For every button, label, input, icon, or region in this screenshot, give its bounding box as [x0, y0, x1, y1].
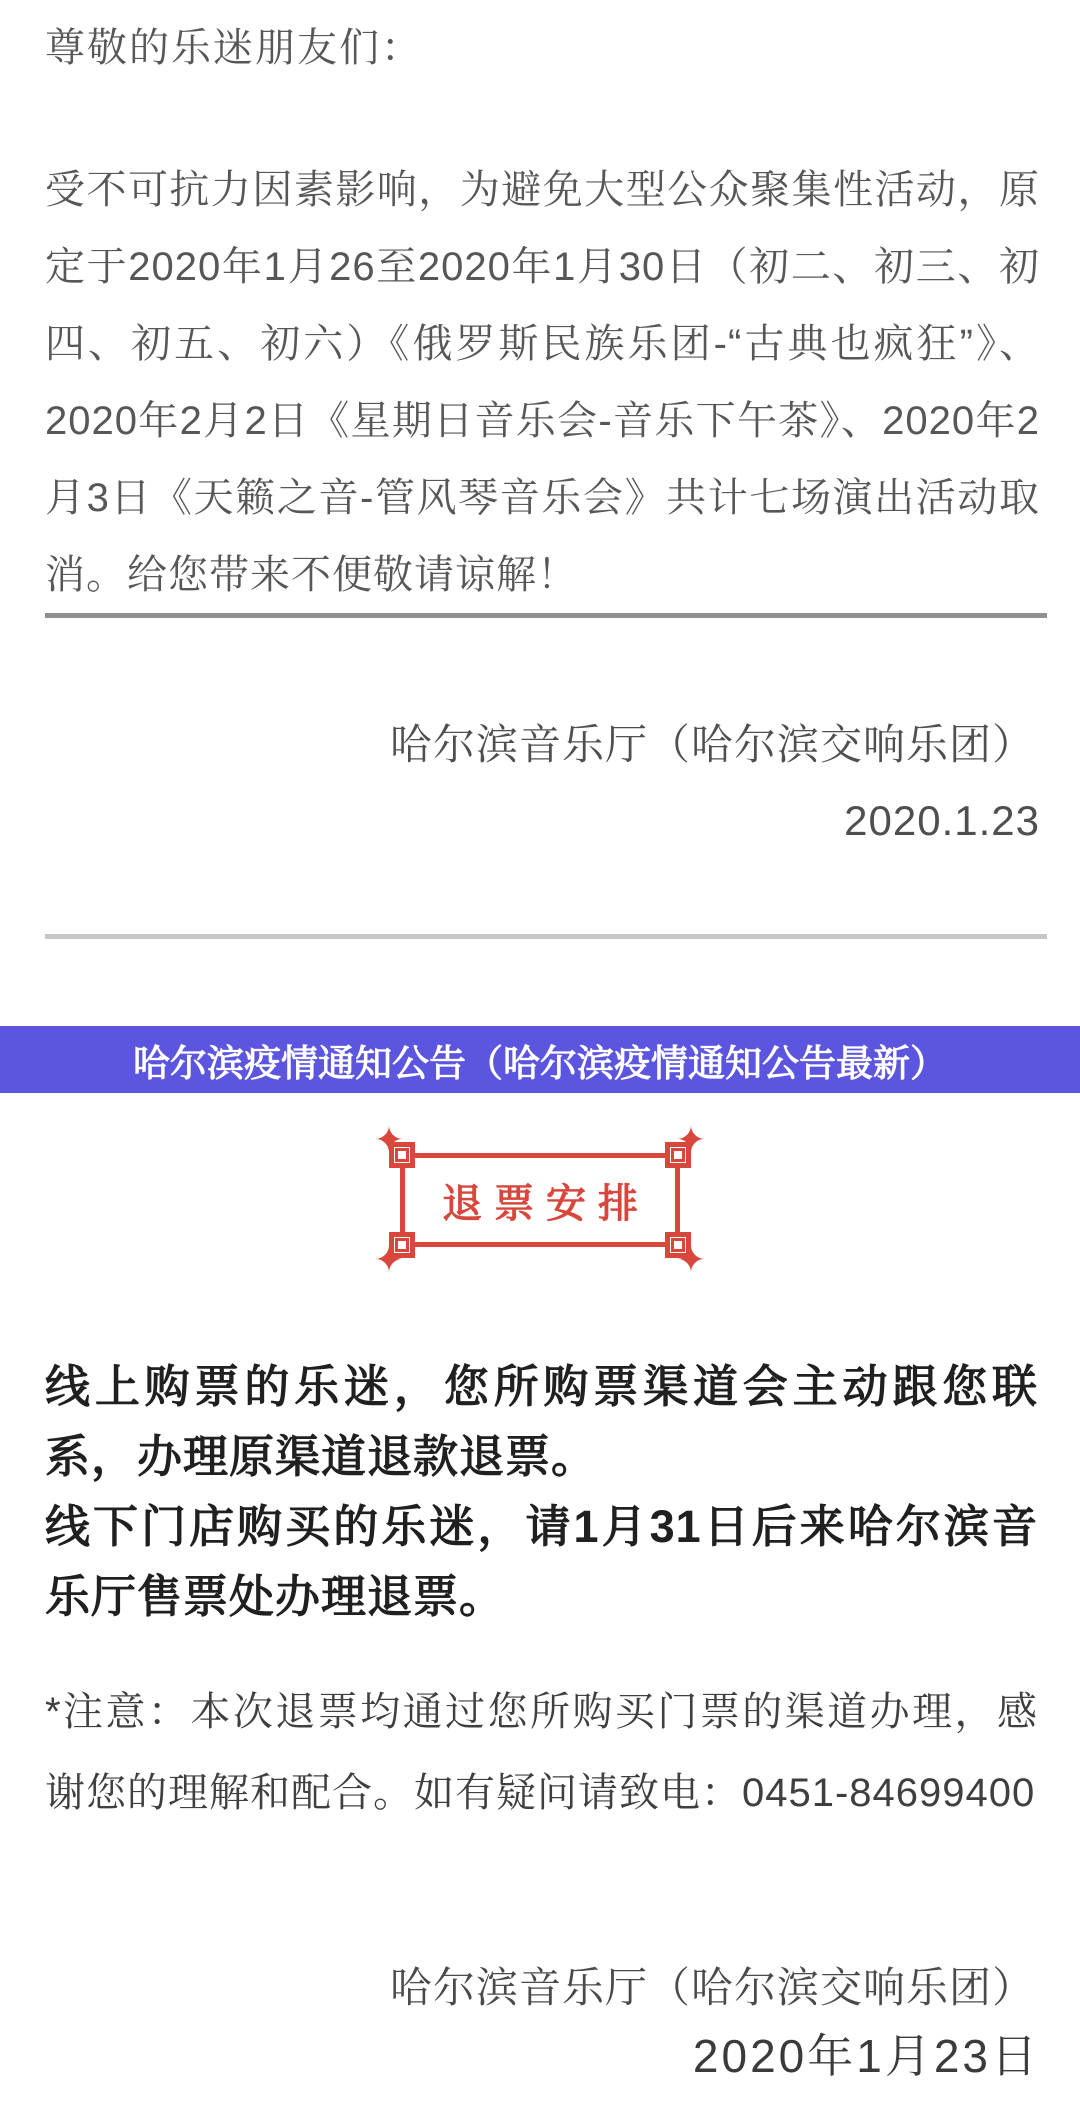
refund-note: *注意：本次退票均通过您所购买门票的渠道办理，感谢您的理解和配合。如有疑问请致电… [45, 1672, 1038, 1834]
greeting-text: 尊敬的乐迷朋友们： [45, 16, 1038, 73]
cancellation-paragraph: 受不可抗力因素影响，为避免大型公众聚集性活动，原定于2020年1月26至2020… [45, 152, 1040, 614]
refund-online-text: 线上购票的乐迷，您所购票渠道会主动跟您联系，办理原渠道退款退票。 [45, 1352, 1038, 1492]
notice-date: 2020.1.23 [844, 797, 1040, 845]
stamp-corner-ornament [665, 1232, 691, 1258]
title-banner: 哈尔滨疫情通知公告（哈尔滨疫情通知公告最新） [0, 1026, 1080, 1093]
stamp-label: 退票安排 [442, 1172, 650, 1229]
refund-stamp: ✦ ✦ ✦ ✦ 退票安排 [400, 1153, 680, 1247]
notice-signoff: 哈尔滨音乐厅（哈尔滨交响乐团） [390, 712, 1035, 772]
divider-middle [45, 934, 1047, 939]
notice-page: 尊敬的乐迷朋友们： 受不可抗力因素影响，为避免大型公众聚集性活动，原定于2020… [0, 0, 1080, 2117]
refund-instructions: 线上购票的乐迷，您所购票渠道会主动跟您联系，办理原渠道退款退票。 线下门店购买的… [45, 1352, 1038, 1632]
footer-signoff: 哈尔滨音乐厅（哈尔滨交响乐团） [390, 1955, 1035, 2015]
stamp-corner-ornament [665, 1142, 691, 1168]
page-title: 哈尔滨疫情通知公告（哈尔滨疫情通知公告最新） [133, 1033, 947, 1087]
stamp-corner-ornament [389, 1232, 415, 1258]
divider-top [45, 613, 1047, 618]
refund-offline-text: 线下门店购买的乐迷，请1月31日后来哈尔滨音乐厅售票处办理退票。 [45, 1492, 1038, 1632]
footer-date: 2020年1月23日 [693, 2020, 1040, 2086]
stamp-corner-ornament [389, 1142, 415, 1168]
